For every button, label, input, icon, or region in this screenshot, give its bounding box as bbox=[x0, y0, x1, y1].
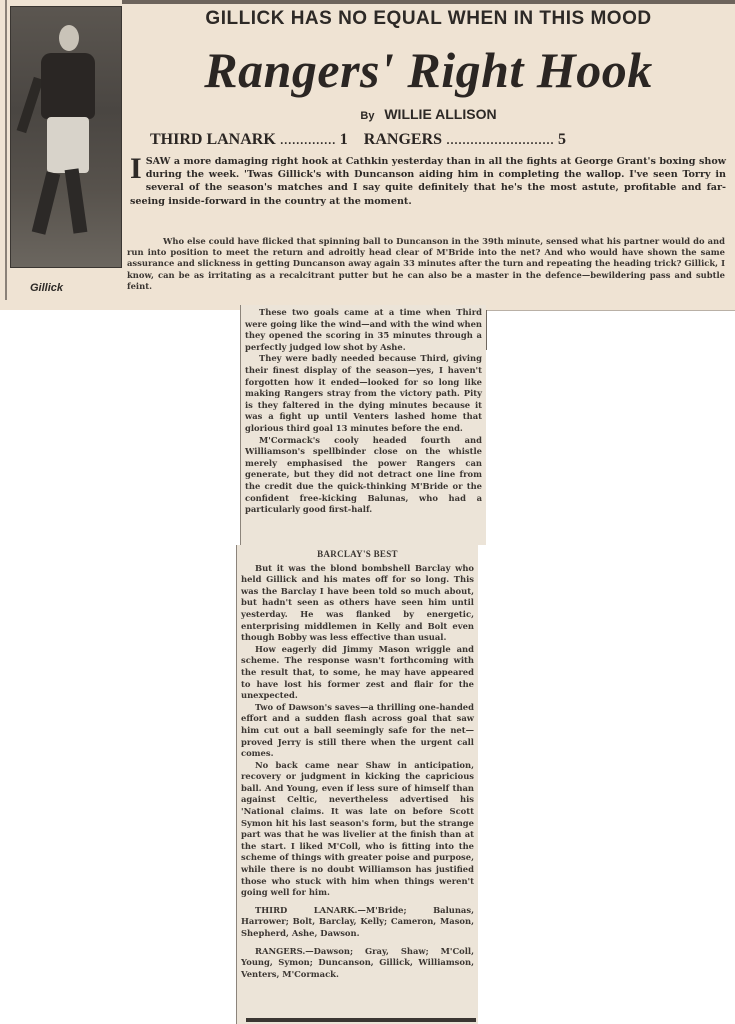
away-team: RANGERS bbox=[364, 131, 442, 148]
body-paragraph: No back came near Shaw in anticipation, … bbox=[241, 760, 474, 899]
photo-leg bbox=[65, 168, 88, 233]
lineup-third-lanark: THIRD LANARK.—M'Bride; Balunas, Harrower… bbox=[241, 905, 474, 940]
body-column-1: These two goals came at a time when Thir… bbox=[240, 305, 486, 545]
column-rule bbox=[5, 0, 7, 300]
photo-caption: Gillick bbox=[30, 282, 63, 294]
column-rule bbox=[487, 310, 735, 311]
subheading: BARCLAY'S BEST bbox=[241, 549, 474, 561]
drop-cap: I bbox=[130, 156, 142, 182]
body-paragraph: Two of Dawson's saves—a thrilling one-ha… bbox=[241, 702, 474, 760]
byline-prefix: By bbox=[360, 110, 374, 122]
lead-paragraph: I SAW a more damaging right hook at Cath… bbox=[130, 155, 726, 208]
body-paragraph: But it was the blond bombshell Barclay w… bbox=[241, 563, 474, 644]
photo-jersey bbox=[41, 53, 95, 119]
body-paragraph: M'Cormack's cooly headed fourth and Will… bbox=[245, 435, 482, 516]
photo-shorts bbox=[47, 117, 89, 173]
byline-author: WILLIE ALLISON bbox=[384, 106, 496, 122]
byline: By WILLIE ALLISON bbox=[122, 106, 735, 122]
body-paragraph: How eagerly did Jimmy Mason wriggle and … bbox=[241, 644, 474, 702]
top-rule bbox=[122, 0, 735, 4]
lead-text: SAW a more damaging right hook at Cathki… bbox=[130, 156, 726, 207]
second-paragraph: Who else could have flicked that spinnin… bbox=[127, 236, 725, 292]
main-headline: Rangers' Right Hook bbox=[122, 40, 735, 100]
leader-dots: .............. bbox=[280, 131, 336, 148]
home-score: 1 bbox=[340, 131, 348, 148]
player-photo bbox=[10, 6, 122, 268]
bottom-rule bbox=[246, 1018, 476, 1022]
score-line: THIRD LANARK .............. 1 RANGERS ..… bbox=[150, 131, 720, 149]
kicker-headline: GILLICK HAS NO EQUAL WHEN IN THIS MOOD bbox=[122, 8, 735, 30]
lineup-rangers: RANGERS.—Dawson; Gray, Shaw; M'Coll, You… bbox=[241, 946, 474, 981]
body-column-2: BARCLAY'S BEST But it was the blond bomb… bbox=[236, 545, 478, 1024]
home-team: THIRD LANARK bbox=[150, 131, 276, 148]
body-paragraph: These two goals came at a time when Thir… bbox=[245, 307, 482, 353]
leader-dots: ........................... bbox=[446, 131, 554, 148]
photo-head bbox=[59, 25, 79, 51]
body-paragraph: They were badly needed because Third, gi… bbox=[245, 353, 482, 434]
away-score: 5 bbox=[558, 131, 566, 148]
photo-arm bbox=[17, 77, 44, 133]
photo-leg bbox=[32, 171, 61, 235]
